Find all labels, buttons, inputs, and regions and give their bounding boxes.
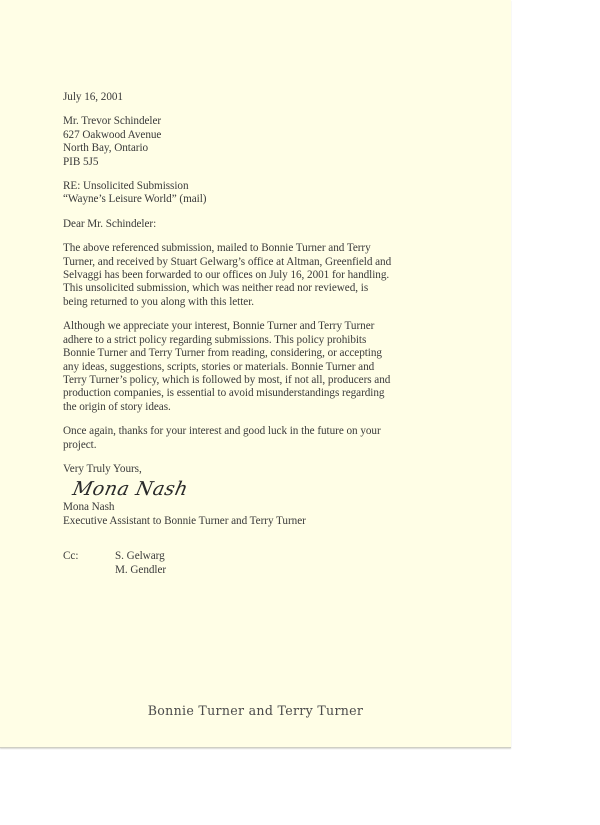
closing-block: Very Truly Yours, Mona Nash Mona Nash Ex… xyxy=(63,463,463,528)
cc-block: Cc: S. Gelwarg M. Gendler xyxy=(63,550,463,577)
cc-label: Cc: xyxy=(63,550,115,577)
subject-line: RE: Unsolicited Submission “Wayne’s Leis… xyxy=(63,180,463,207)
recipient-address: Mr. Trevor Schindeler 627 Oakwood Avenue… xyxy=(63,115,463,169)
recipient-name: Mr. Trevor Schindeler xyxy=(63,115,463,128)
letter-body: July 16, 2001 Mr. Trevor Schindeler 627 … xyxy=(63,91,463,577)
signer-name: Mona Nash xyxy=(63,501,463,514)
paragraph-2: Although we appreciate your interest, Bo… xyxy=(63,320,463,414)
cc-recipient: M. Gendler xyxy=(115,564,166,577)
letter-date: July 16, 2001 xyxy=(63,91,463,104)
paragraph-3: Once again, thanks for your interest and… xyxy=(63,425,463,452)
letter-page: July 16, 2001 Mr. Trevor Schindeler 627 … xyxy=(0,0,511,748)
closing: Very Truly Yours, xyxy=(63,463,463,476)
letterhead-footer: Bonnie Turner and Terry Turner xyxy=(0,703,511,718)
salutation: Dear Mr. Schindeler: xyxy=(63,218,463,231)
signer-title: Executive Assistant to Bonnie Turner and… xyxy=(63,515,463,528)
recipient-postal-code: PIB 5J5 xyxy=(63,156,463,169)
paragraph-1: The above referenced submission, mailed … xyxy=(63,242,463,309)
recipient-city: North Bay, Ontario xyxy=(63,142,463,155)
handwritten-signature: Mona Nash xyxy=(60,477,465,501)
cc-recipient: S. Gelwarg xyxy=(115,550,166,563)
recipient-street: 627 Oakwood Avenue xyxy=(63,129,463,142)
